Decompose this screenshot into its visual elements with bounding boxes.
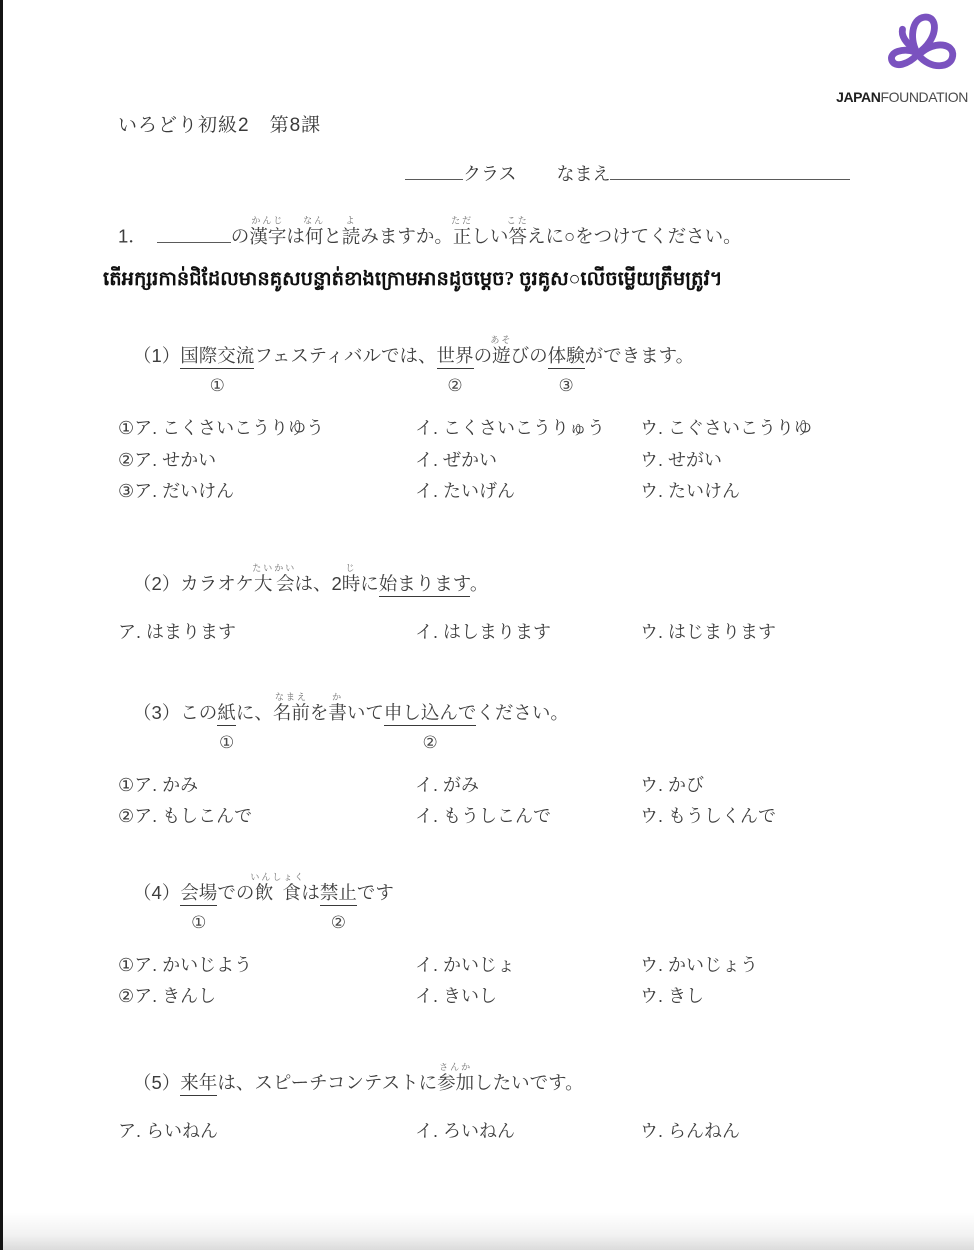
ruby-word: 書か <box>328 702 347 723</box>
option-cell: イ. ろいねん <box>415 1121 640 1143</box>
underlined-word: 国際交流① <box>180 345 254 369</box>
furigana: いんしょく <box>250 872 305 882</box>
marker-number: ② <box>331 914 346 931</box>
question-item: （3）この紙①に、名前なまえを書かいて申し込んで②ください。①ア. かみイ. が… <box>118 692 928 828</box>
underlined-word: 来年 <box>180 1072 217 1096</box>
question-item: （2）カラオケ大会たいかいは、2時じに始まります。ア. はまりますイ. はしまり… <box>118 563 928 644</box>
option-cell: ②ア. きんし <box>118 986 415 1008</box>
option-cell: イ. こくさいこうりゅう <box>415 418 640 440</box>
ruby-word: 時じ <box>342 573 361 594</box>
option-cell: ウ. こぐさいこうりゆ <box>640 418 928 440</box>
blank-line <box>157 224 231 243</box>
worksheet-content: いろどり初級2 第8課 クラスなまえ 1．の漢字かんじは何なんと読よみますか。正… <box>0 0 974 1143</box>
ruby-word: 答こた <box>508 226 527 247</box>
text-segment: したいです。 <box>474 1072 584 1093</box>
underlined-word: 禁止② <box>320 882 357 906</box>
options-row: ③ア. だいけんイ. たいげんウ. たいけん <box>118 481 928 503</box>
text-segment: フェスティバルでは、 <box>254 345 436 366</box>
underlined-word: 紙① <box>217 702 236 726</box>
base-text: 時 <box>342 573 361 594</box>
ruby-word: 大会たいかい <box>254 573 295 594</box>
underlined-word: 世界② <box>437 345 474 369</box>
marker-number: ① <box>210 377 225 394</box>
name-blank-line <box>610 162 850 180</box>
text-segment: 1． <box>118 226 147 247</box>
marker-number: ③ <box>558 377 573 394</box>
options-row: ①ア. かいじようイ. かいじょウ. かいじょう <box>118 955 928 977</box>
furigana: かんじ <box>249 216 286 226</box>
option-cell: ①ア. かいじよう <box>118 955 415 977</box>
marker-number: ① <box>191 914 206 931</box>
logo-text-foundation: FOUNDATION <box>880 89 968 105</box>
furigana: よ <box>342 216 361 226</box>
base-text: 遊 <box>490 345 512 366</box>
class-label: クラス <box>463 164 516 184</box>
marker-number: ① <box>219 734 234 751</box>
text-segment: えに○をつけてください。 <box>527 226 742 247</box>
ruby-word: 飲食いんしょく <box>254 882 301 903</box>
underlined-word: 申し込んで② <box>384 702 477 726</box>
options-block: ①ア. かみイ. がみウ. かび②ア. もしこんでイ. もうしこんでウ. もうし… <box>118 775 928 828</box>
question-sentence: （1）国際交流①フェスティバルでは、世界②の遊あそびの体験③ができます。 <box>133 335 928 408</box>
option-cell: イ. もうしこんで <box>415 806 640 828</box>
question-sentence: （3）この紙①に、名前なまえを書かいて申し込んで②ください。 <box>133 692 928 765</box>
options-row: ア. らいねんイ. ろいねんウ. らんねん <box>118 1121 928 1143</box>
underlined-word: 始まります <box>379 573 470 597</box>
text-segment: での <box>217 882 254 903</box>
question-sentence: （4）会場①での飲食いんしょくは禁止②です <box>133 872 928 945</box>
options-row: ①ア. かみイ. がみウ. かび <box>118 775 928 797</box>
page-bottom-shadow <box>0 1212 974 1250</box>
options-row: ②ア. もしこんでイ. もうしこんでウ. もうしくんで <box>118 806 928 828</box>
option-cell: ア. はまります <box>118 622 415 644</box>
base-text: 読 <box>342 226 361 247</box>
text-segment: （2） <box>133 573 180 594</box>
options-row: ア. はまりますイ. はしまりますウ. はじまります <box>118 622 928 644</box>
base-text: 名前 <box>273 702 310 723</box>
ruby-word: 名前なまえ <box>273 702 310 723</box>
options-block: ①ア. かいじようイ. かいじょウ. かいじょう②ア. きんしイ. きいしウ. … <box>118 955 928 1008</box>
option-cell: イ. ぜかい <box>415 450 640 472</box>
text-segment: カラオケ <box>180 573 254 594</box>
question-1-prompt: 1．の漢字かんじは何なんと読よみますか。正ただしい答こたえに○をつけてください。 <box>118 216 928 248</box>
options-block: ①ア. こくさいこうりゆうイ. こくさいこうりゅうウ. こぐさいこうりゆ②ア. … <box>118 418 928 503</box>
class-name-line: クラスなまえ <box>405 160 928 186</box>
option-cell: ウ. もうしくんで <box>640 806 928 828</box>
page-left-border <box>0 0 3 1250</box>
option-cell: ②ア. もしこんで <box>118 806 415 828</box>
ruby-word: 読よ <box>342 226 361 247</box>
option-cell: ウ. かいじょう <box>640 955 928 977</box>
option-cell: ウ. きし <box>640 986 928 1008</box>
furigana: あそ <box>490 335 512 345</box>
text-segment: しい <box>471 226 508 247</box>
option-cell: ウ. せがい <box>640 450 928 472</box>
option-cell: イ. かいじょ <box>415 955 640 977</box>
text-segment: びの <box>511 345 548 366</box>
logo-wordmark: JAPANFOUNDATION <box>830 89 970 105</box>
text-segment: ください。 <box>476 702 569 723</box>
ruby-word: 正ただ <box>453 226 472 247</box>
logo-text-japan: JAPAN <box>836 89 880 105</box>
underlined-word: 会場① <box>180 882 217 906</box>
question-item: （1）国際交流①フェスティバルでは、世界②の遊あそびの体験③ができます。①ア. … <box>118 335 928 503</box>
option-cell: イ. きいし <box>415 986 640 1008</box>
option-cell: ①ア. かみ <box>118 775 415 797</box>
marker-number: ② <box>447 377 462 394</box>
question-item: （4）会場①での飲食いんしょくは禁止②です①ア. かいじようイ. かいじょウ. … <box>118 872 928 1008</box>
text-segment: は <box>301 882 320 903</box>
text-segment: に、 <box>236 702 273 723</box>
options-row: ①ア. こくさいこうりゆうイ. こくさいこうりゅうウ. こぐさいこうりゆ <box>118 418 928 440</box>
text-segment: （5） <box>133 1072 180 1093</box>
text-segment: （1） <box>133 345 180 366</box>
option-cell: イ. たいげん <box>415 481 640 503</box>
text-segment: みますか。 <box>360 226 453 247</box>
base-text: 飲食 <box>250 882 305 903</box>
worksheet-page: JAPANFOUNDATION いろどり初級2 第8課 クラスなまえ 1．の漢字… <box>0 0 974 1250</box>
japan-foundation-logo: JAPANFOUNDATION <box>830 8 970 105</box>
class-blank-line <box>405 162 463 180</box>
text-segment: を <box>310 702 329 723</box>
option-cell: ウ. かび <box>640 775 928 797</box>
option-cell: ア. らいねん <box>118 1121 415 1143</box>
option-cell: イ. はしまります <box>415 622 640 644</box>
question-item: （5）来年は、スピーチコンテストに参加さんかしたいです。ア. らいねんイ. ろい… <box>118 1062 928 1143</box>
furigana: さんか <box>437 1062 474 1072</box>
text-segment: 。 <box>470 573 489 594</box>
base-text: 漢字 <box>249 226 286 247</box>
base-text: 正 <box>451 226 473 247</box>
text-segment: の <box>231 226 250 247</box>
marker-number: ② <box>423 734 438 751</box>
options-block: ア. らいねんイ. ろいねんウ. らんねん <box>118 1121 928 1143</box>
text-segment: （4） <box>133 882 180 903</box>
text-segment: と <box>323 226 342 247</box>
option-cell: ウ. はじまります <box>640 622 928 644</box>
option-cell: ウ. らんねん <box>640 1121 928 1143</box>
option-cell: ②ア. せかい <box>118 450 415 472</box>
butterfly-icon <box>882 8 958 84</box>
text-segment: です <box>357 882 394 903</box>
base-text: 何 <box>303 226 325 247</box>
options-block: ア. はまりますイ. はしまりますウ. はじまります <box>118 622 928 644</box>
ruby-word: 漢字かんじ <box>249 226 286 247</box>
option-cell: ①ア. こくさいこうりゆう <box>118 418 415 440</box>
text-segment: ができます。 <box>585 345 695 366</box>
base-text: 大会 <box>252 573 296 594</box>
text-segment: （3） <box>133 702 180 723</box>
question-sentence: （2）カラオケ大会たいかいは、2時じに始まります。 <box>133 563 928 596</box>
ruby-word: 何なん <box>305 226 324 247</box>
options-row: ②ア. せかいイ. ぜかいウ. せがい <box>118 450 928 472</box>
furigana: こた <box>507 216 529 226</box>
furigana: じ <box>342 563 361 573</box>
text-segment: いて <box>347 702 384 723</box>
furigana: なまえ <box>273 692 310 702</box>
khmer-instruction: តើអក្សរកាន់ជិដែលមានគូសបន្ទាត់ខាងក្រោមអាន… <box>103 266 928 295</box>
ruby-word: 遊あそ <box>492 345 511 366</box>
option-cell: イ. がみ <box>415 775 640 797</box>
text-segment: に <box>360 573 379 594</box>
base-text: 参加 <box>437 1072 474 1093</box>
option-cell: ③ア. だいけん <box>118 481 415 503</box>
base-text: 書 <box>328 702 347 723</box>
text-segment: この <box>180 702 217 723</box>
underlined-word: 体験③ <box>548 345 585 369</box>
base-text: 答 <box>507 226 529 247</box>
options-row: ②ア. きんしイ. きいしウ. きし <box>118 986 928 1008</box>
furigana: ただ <box>451 216 473 226</box>
ruby-word: 参加さんか <box>437 1072 474 1093</box>
question-items: （1）国際交流①フェスティバルでは、世界②の遊あそびの体験③ができます。①ア. … <box>118 335 928 1143</box>
worksheet-title: いろどり初級2 第8課 <box>118 0 928 137</box>
name-label: なまえ <box>556 164 610 184</box>
question-sentence: （5）来年は、スピーチコンテストに参加さんかしたいです。 <box>133 1062 928 1095</box>
furigana: たいかい <box>252 563 296 573</box>
text-segment: は、2 <box>294 573 341 594</box>
text-segment: は、スピーチコンテストに <box>217 1072 437 1093</box>
option-cell: ウ. たいけん <box>640 481 928 503</box>
furigana: か <box>328 692 347 702</box>
furigana: なん <box>303 216 325 226</box>
